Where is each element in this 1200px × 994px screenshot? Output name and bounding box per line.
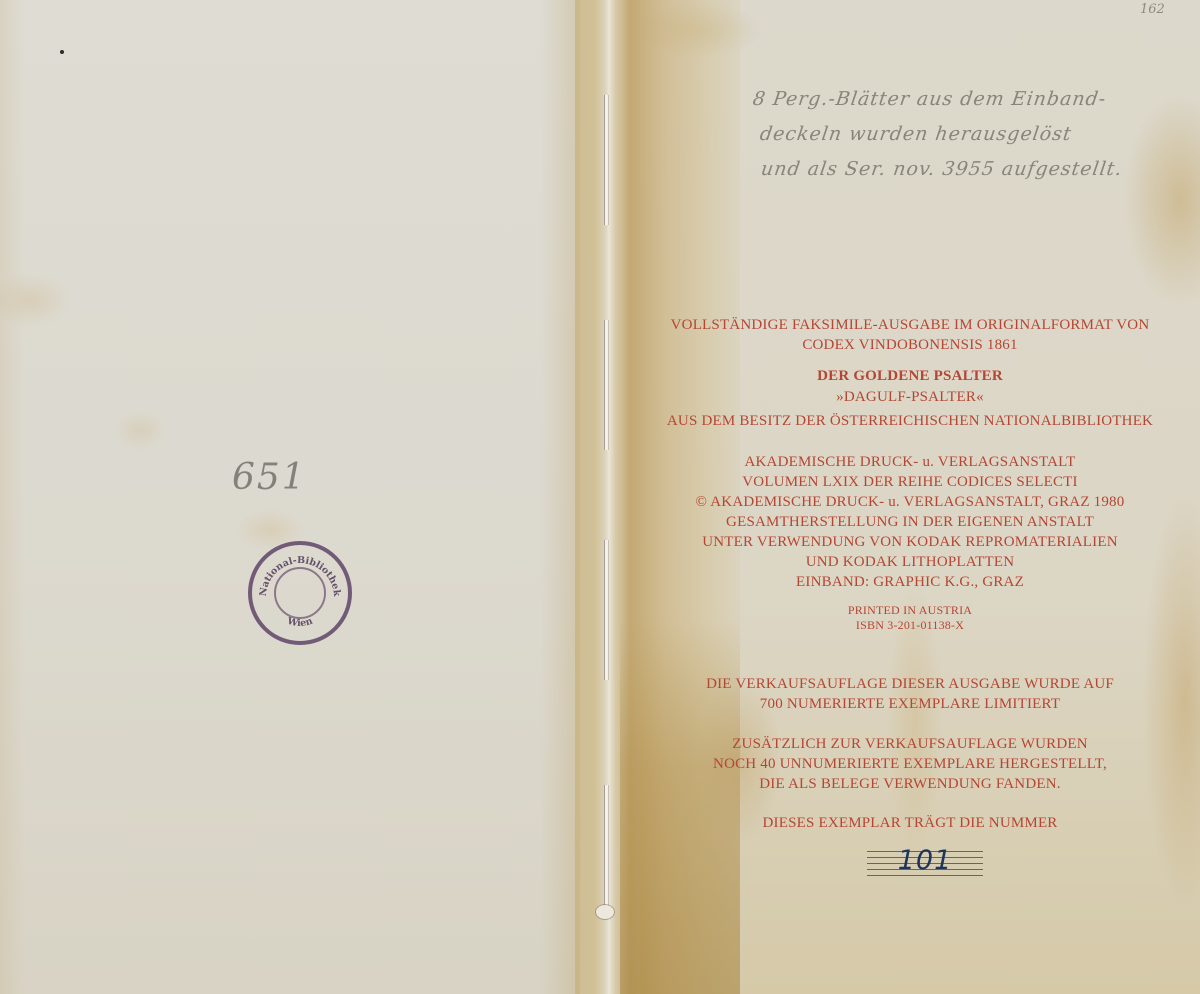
title-block: DER GOLDENE PSALTER »DAGULF-PSALTER«: [640, 365, 1180, 407]
limitation-block: DIE VERKAUFSAUFLAGE DIESER AUSGABE WURDE…: [640, 674, 1180, 714]
intro-line: CODEX VINDOBONENSIS 1861: [640, 335, 1180, 355]
publisher-line: VOLUMEN LXIX DER REIHE CODICES SELECTI: [640, 472, 1180, 492]
additional-line: ZUSÄTZLICH ZUR VERKAUFSAUFLAGE WURDEN: [640, 734, 1180, 754]
handwritten-shelf-number: 651: [232, 457, 307, 498]
library-stamp: National-Bibliothek Wien: [248, 541, 352, 645]
handwritten-note-line: deckeln wurden herausgelöst: [746, 117, 1171, 152]
publisher-block: AKADEMISCHE DRUCK- u. VERLAGSANSTALT VOL…: [640, 452, 1180, 592]
provenance-line: AUS DEM BESITZ DER ÖSTERREICHISCHEN NATI…: [640, 411, 1180, 431]
publisher-line: UND KODAK LITHOPLATTEN: [640, 552, 1180, 572]
ink-speck: [60, 50, 64, 54]
limitation-line: 700 NUMERIERTE EXEMPLARE LIMITIERT: [640, 694, 1180, 714]
publisher-line: EINBAND: GRAPHIC K.G., GRAZ: [640, 572, 1180, 592]
publisher-line: UNTER VERWENDUNG VON KODAK REPROMATERIAL…: [640, 532, 1180, 552]
handwritten-note-line: und als Ser. nov. 3955 aufgestellt.: [741, 152, 1166, 187]
svg-text:National-Bibliothek: National-Bibliothek: [258, 555, 342, 597]
additional-line: DIE ALS BELEGE VERWENDUNG FANDEN.: [640, 774, 1180, 794]
book-spread: 651 National-Bibliothek Wien 162 8 Perg.…: [0, 0, 1200, 994]
intro-line: VOLLSTÄNDIGE FAKSIMILE-AUSGABE IM ORIGIN…: [640, 315, 1180, 335]
provenance: AUS DEM BESITZ DER ÖSTERREICHISCHEN NATI…: [640, 411, 1180, 431]
publisher-line: © AKADEMISCHE DRUCK- u. VERLAGSANSTALT, …: [640, 492, 1180, 512]
additional-block: ZUSÄTZLICH ZUR VERKAUFSAUFLAGE WURDEN NO…: [640, 734, 1180, 794]
isbn: ISBN 3-201-01138-X: [640, 618, 1180, 633]
print-info: PRINTED IN AUSTRIA ISBN 3-201-01138-X: [640, 603, 1180, 633]
binding-thread: [604, 95, 609, 225]
limitation-line: DIE VERKAUFSAUFLAGE DIESER AUSGABE WURDE…: [640, 674, 1180, 694]
book-title: DER GOLDENE PSALTER: [640, 365, 1180, 387]
number-label-block: DIESES EXEMPLAR TRÄGT DIE NUMMER: [640, 813, 1180, 833]
publisher-line: AKADEMISCHE DRUCK- u. VERLAGSANSTALT: [640, 452, 1180, 472]
additional-line: NOCH 40 UNNUMERIERTE EXEMPLARE HERGESTEL…: [640, 754, 1180, 774]
copy-number: 101: [867, 845, 983, 876]
number-label: DIESES EXEMPLAR TRÄGT DIE NUMMER: [640, 813, 1180, 833]
handwritten-note-line: 8 Perg.-Blätter aus dem Einband-: [750, 82, 1175, 117]
binding-thread: [604, 540, 609, 680]
stamp-top-text: National-Bibliothek: [258, 555, 342, 597]
binding-thread: [604, 785, 609, 910]
svg-text:Wien: Wien: [285, 615, 314, 629]
stamp-text: National-Bibliothek Wien: [252, 545, 348, 641]
printed-in: PRINTED IN AUSTRIA: [640, 603, 1180, 618]
binding-thread: [604, 320, 609, 450]
book-subtitle: »DAGULF-PSALTER«: [640, 387, 1180, 407]
publisher-line: GESAMTHERSTELLUNG IN DER EIGENEN ANSTALT: [640, 512, 1180, 532]
copy-number-field: 101: [867, 847, 983, 877]
handwritten-note: 8 Perg.-Blätter aus dem Einband- deckeln…: [741, 82, 1176, 187]
intro-block: VOLLSTÄNDIGE FAKSIMILE-AUSGABE IM ORIGIN…: [640, 315, 1180, 355]
binding-knot: [596, 905, 614, 919]
left-page: 651 National-Bibliothek Wien: [0, 0, 580, 994]
corner-pencil-note: 162: [1140, 2, 1165, 17]
stamp-bottom-text: Wien: [285, 615, 314, 629]
